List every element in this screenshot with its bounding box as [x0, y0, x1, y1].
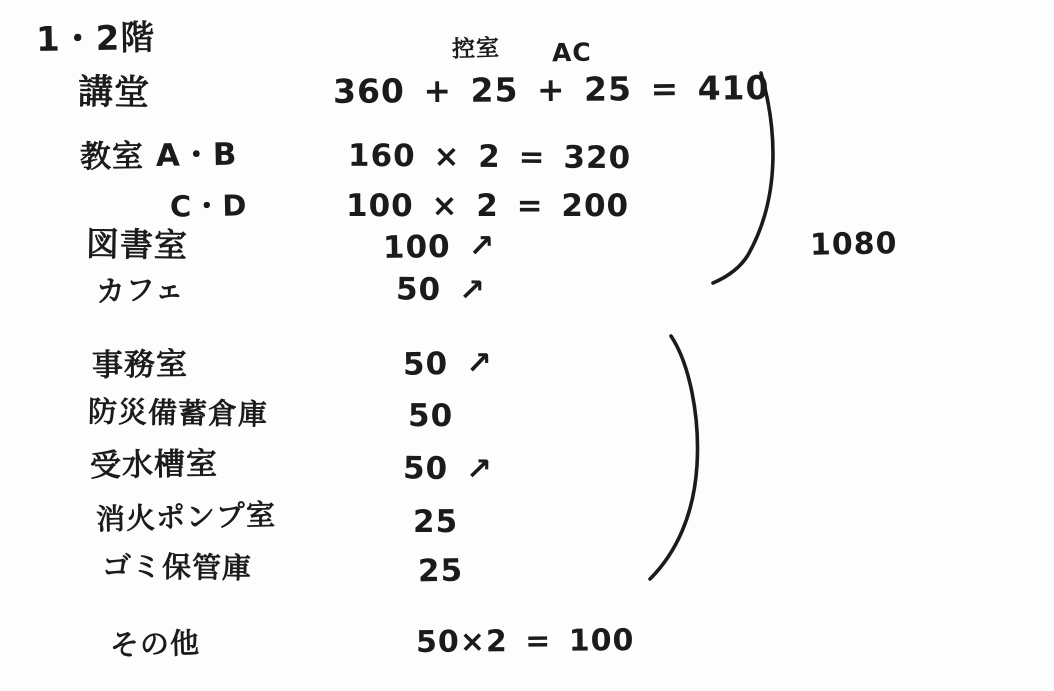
value-classroom-ab: 160 × 2 = 320	[348, 141, 631, 174]
column-note-ac: AC	[552, 40, 592, 66]
label-cafe: カフェ	[96, 274, 186, 306]
label-fire-pump-room: 消火ポンプ室	[96, 501, 277, 535]
value-water-tank-room: 50 ↗	[403, 453, 493, 486]
page-title: 1・2階	[36, 21, 156, 57]
value-garbage-storage: 25	[418, 556, 464, 588]
label-office: 事務室	[92, 349, 189, 382]
value-library: 100 ↗	[383, 231, 496, 264]
label-disaster-stock-storage: 防災備蓄倉庫	[88, 397, 268, 429]
value-fire-pump-room: 25	[413, 507, 458, 538]
group2-brace	[650, 336, 697, 579]
value-others: 50×2 = 100	[416, 626, 635, 658]
column-note-anteroom: 控室	[452, 37, 501, 62]
handwritten-note-sheet: 1・2階 控室 AC 講堂 360 + 25 + 25 = 410 教室 A・B…	[0, 0, 1054, 691]
label-water-tank-room: 受水槽室	[90, 449, 219, 482]
value-cafe: 50 ↗	[396, 274, 486, 307]
label-garbage-storage: ゴミ保管庫	[102, 552, 252, 584]
label-classroom-ab: 教室 A・B	[80, 140, 238, 174]
value-office: 50 ↗	[403, 348, 493, 381]
value-classroom-cd: 100 × 2 = 200	[346, 191, 629, 222]
group1-subtotal: 1080	[810, 229, 898, 261]
value-disaster-stock-storage: 50	[408, 401, 453, 432]
label-library: 図書室	[86, 227, 189, 262]
label-classroom-cd: C・D	[170, 191, 248, 221]
label-others: その他	[110, 629, 201, 660]
label-lecture-hall: 講堂	[78, 75, 151, 111]
value-lecture-hall: 360 + 25 + 25 = 410	[333, 71, 770, 108]
